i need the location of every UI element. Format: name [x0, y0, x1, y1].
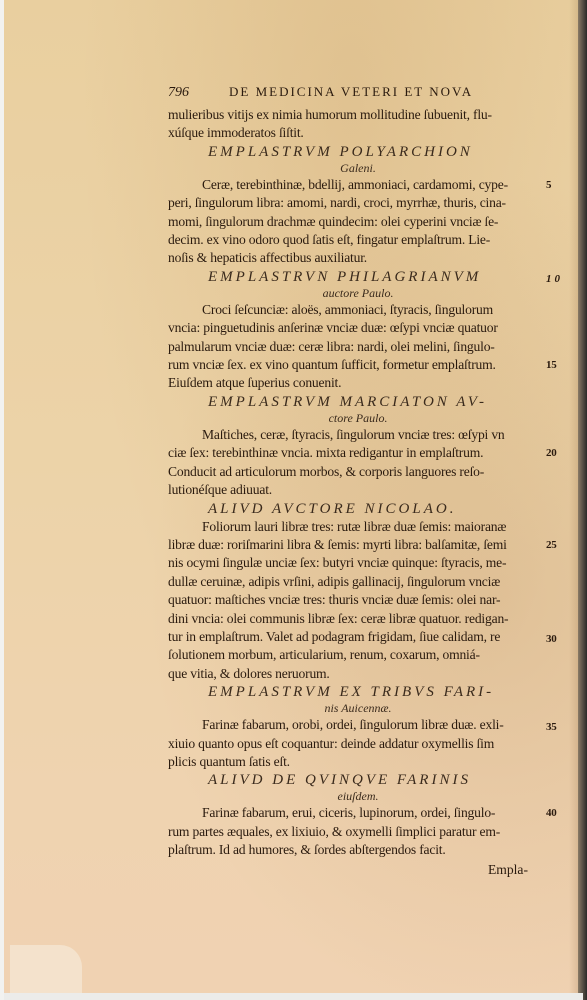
- text-line: Croci ſeſcunciæ: aloës, ammoniaci, ſtyra…: [168, 301, 528, 319]
- text-line: Maſtiches, ceræ, ſtyracis, ſingulorum vn…: [168, 426, 528, 444]
- margin-line-number: 25: [546, 536, 557, 554]
- scan-border: [4, 993, 583, 1000]
- text-line: Eiuſdem atque ſuperius conuenit.: [168, 374, 528, 392]
- text-line: palmularum vnciæ duæ: ceræ libra: nardi,…: [168, 338, 528, 356]
- text-line: nis ocymi ſingulæ unciæ ſex: butyri vnci…: [168, 554, 528, 572]
- section-subheading: Galeni.: [168, 161, 528, 176]
- running-head: 796 DE MEDICINA VETERI ET NOVA: [168, 84, 528, 106]
- text-line: ſolutionem morbum, articularium, renum, …: [168, 646, 528, 664]
- section-subheading: auctore Paulo.: [168, 286, 528, 301]
- text-line: quatuor: maſtiches vnciæ tres: thuris vn…: [168, 591, 528, 609]
- text-line: rum vnciæ ſex. ex vino quantum ſufficit,…: [168, 356, 528, 374]
- text-line: libræ duæ: roriſmarini libra & ſemis: my…: [168, 536, 528, 554]
- margin-line-number: 15: [546, 356, 557, 374]
- text-line: dini vncia: olei communis libræ ſex: cer…: [168, 610, 528, 628]
- text-block: 796 DE MEDICINA VETERI ET NOVA mulieribu…: [168, 84, 528, 880]
- text-line: que vitia, & dolores neruorum.: [168, 665, 528, 683]
- text-line: lutionéſque adiuuat.: [168, 481, 528, 499]
- text-line: Ceræ, terebinthinæ, bdellij, ammoniaci, …: [168, 176, 528, 194]
- text-line: rum partes æquales, ex lixiuio, & oxymel…: [168, 823, 528, 841]
- section-subheading: eiuſdem.: [168, 789, 528, 804]
- text-line: Farinæ fabarum, erui, ciceris, lupinorum…: [168, 804, 528, 822]
- text-line: dullæ ceruinæ, adipis vrſini, adipis gal…: [168, 573, 528, 591]
- section-heading: EMPLASTRVN PHILAGRIANVM10: [168, 268, 528, 286]
- text-line: Farinæ fabarum, orobi, ordei, ſingulorum…: [168, 716, 528, 734]
- thumb-shadow: [10, 945, 82, 995]
- running-title: DE MEDICINA VETERI ET NOVA: [229, 84, 473, 100]
- text-line: plaſtrum. Id ad humores, & ſordes abſter…: [168, 841, 528, 859]
- text-line: vncia: pinguetudinis anſerinæ vnciæ duæ:…: [168, 319, 528, 337]
- text-line: noſis & hepaticis affectibus auxiliatur.: [168, 249, 528, 267]
- section-subheading: nis Auicennæ.: [168, 701, 528, 716]
- catchword: Empla-: [168, 860, 528, 880]
- text-line: mulieribus vitijs ex nimia humorum molli…: [168, 106, 528, 124]
- page-edge-shadow: [578, 0, 587, 1000]
- text-line: peri, ſingulorum libra: amomi, nardi, cr…: [168, 194, 528, 212]
- section-heading: EMPLASTRVM EX TRIBVS FARI-: [168, 683, 528, 701]
- page-number: 796: [168, 85, 189, 101]
- margin-line-number: 40: [546, 804, 557, 822]
- text-line: ciæ ſex: terebinthinæ vncia. mixta redig…: [168, 444, 528, 462]
- text-line: tur in emplaſtrum. Valet ad podagram fri…: [168, 628, 528, 646]
- section-heading: ALIVD AVCTORE NICOLAO.: [168, 500, 528, 518]
- text-line: decim. ex vino odoro quod ſatis eſt, fin…: [168, 231, 528, 249]
- text-line: xiuio quanto opus eſt coquantur: deinde …: [168, 735, 528, 753]
- section-subheading: ctore Paulo.: [168, 411, 528, 426]
- section-heading: EMPLASTRVM MARCIATON AV-: [168, 393, 528, 411]
- section-heading: ALIVD DE QVINQVE FARINIS: [168, 771, 528, 789]
- margin-line-number: 20: [546, 444, 557, 462]
- text-line: momi, ſingulorum drachmæ quindecim: olei…: [168, 213, 528, 231]
- margin-line-number: 30: [546, 630, 557, 648]
- text-line: plicis quantum ſatis eſt.: [168, 753, 528, 771]
- text-line: xúſque immoderatos ſiſtit.: [168, 124, 528, 142]
- margin-line-number: 35: [546, 718, 557, 736]
- margin-line-number: 5: [546, 176, 551, 194]
- text-line: Foliorum lauri libræ tres: rutæ libræ du…: [168, 518, 528, 536]
- margin-line-number: 10: [546, 270, 563, 288]
- text-line: Conducit ad articulorum morbos, & corpor…: [168, 463, 528, 481]
- section-heading: EMPLASTRVM POLYARCHION: [168, 143, 528, 161]
